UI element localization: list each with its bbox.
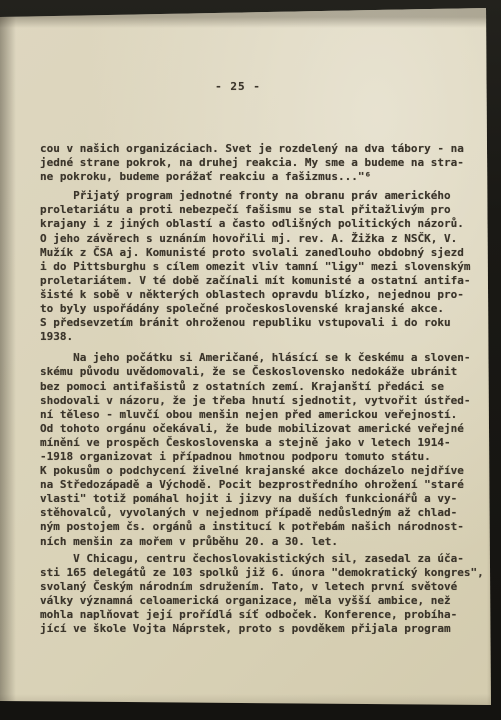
text-line: ne pokroku, budeme porážať reakciu a faš…	[40, 170, 480, 184]
page-number: - 25 -	[26, 80, 450, 93]
text-line: K pokusům o podchycení živelné krajanské…	[40, 464, 480, 478]
text-line: -1918 organizovat i případnou hmotnou po…	[40, 450, 480, 464]
text-line: války významná celoamerická organizace, …	[40, 594, 480, 608]
paragraph: cou v našich organizáciach. Svet je rozd…	[40, 142, 480, 184]
scanned-page: - 25 - cou v našich organizáciach. Svet …	[0, 0, 501, 720]
text-line: O jeho závěrech s uznáním hovořili mj. r…	[40, 232, 480, 246]
text-line: 1938.	[40, 330, 480, 344]
text-line: ní těleso - mluvčí obou menšin nejen pře…	[40, 408, 480, 422]
scanned-book-photo: - 25 - cou v našich organizáciach. Svet …	[0, 0, 501, 720]
text-line: sti 165 delegátů ze 103 spolků již 6. ún…	[40, 566, 480, 580]
text-line: šisté k sobě v některých oblastech oprav…	[40, 288, 480, 302]
text-line: shodovali v názoru, že je třeba hnutí sj…	[40, 394, 480, 408]
text-line: cou v našich organizáciach. Svet je rozd…	[40, 142, 480, 156]
text-line: S předsevzetím bránit ohroženou republik…	[40, 316, 480, 330]
text-line: proletariátu a proti nebezpečí fašismu s…	[40, 203, 480, 217]
text-line: jící ve škole Vojta Náprstek, proto s po…	[40, 622, 480, 636]
text-line: Od tohoto orgánu očekávali, že bude mobi…	[40, 422, 480, 436]
text-block: cou v našich organizáciach. Svet je rozd…	[40, 142, 480, 636]
text-line: to byly uspořádány společné pročeskoslov…	[40, 302, 480, 316]
text-line: proletariátem. V té době začínali mít ko…	[40, 274, 480, 288]
text-line: i do Pittsburghu s cílem omezit vliv tam…	[40, 260, 480, 274]
text-line: skému původu uvědomovali, že se Českoslo…	[40, 365, 480, 379]
text-line: krajany i z jiných oblastí a často odliš…	[40, 217, 480, 231]
text-line: Přijatý program jednotné fronty na obran…	[40, 189, 480, 203]
paragraph: V Chicagu, centru čechoslovakistických s…	[40, 552, 480, 637]
text-line: vlasti" totiž pomáhal hojit i jizvy na d…	[40, 492, 480, 506]
text-line: stěhovalců, vyvolaných v nejednom případ…	[40, 506, 480, 520]
text-line: mínění ve prospěch Československa a stej…	[40, 436, 480, 450]
text-line: bez pomoci antifašistů z ostatních zemí.…	[40, 380, 480, 394]
paragraph: Přijatý program jednotné fronty na obran…	[40, 189, 480, 344]
text-line: ních menšin za mořem v průběhu 20. a 30.…	[40, 535, 480, 549]
text-line: svolaný Českým národním sdružením. Tato,…	[40, 580, 480, 594]
paragraph: Na jeho počátku si Američané, hlásící se…	[40, 351, 480, 548]
text-line: jedné strane pokrok, na druhej reakcia. …	[40, 156, 480, 170]
text-line: na Středozápadě a Východě. Pocit bezpros…	[40, 478, 480, 492]
text-line: V Chicagu, centru čechoslovakistických s…	[40, 552, 480, 566]
text-line: Mužík z ČSA aj. Komunisté proto svolali …	[40, 246, 480, 260]
text-line: Na jeho počátku si Američané, hlásící se…	[40, 351, 480, 365]
text-line: ným postojem čs. orgánů a institucí k po…	[40, 520, 480, 534]
text-line: mohla naplňovat její prořídlá síť odboče…	[40, 608, 480, 622]
